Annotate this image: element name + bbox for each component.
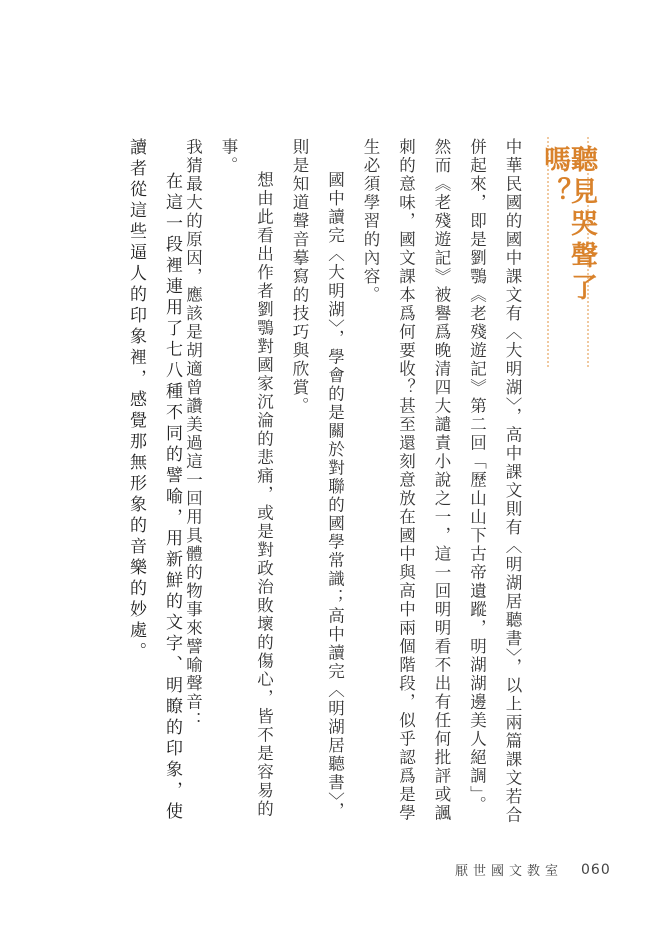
paragraph-4: 想由此看出作者劉鶚對國家沉淪的悲痛，或是對政治敗壞的傷心，皆不是容易的事。 (211, 138, 282, 838)
paragraph-3: 國中讀完〈大明湖〉，學會的是關於對聯的國學常識；高中讀完〈明湖居聽書〉，則是知道… (282, 138, 353, 838)
block-quote: 在這一段裡連用了七八種不同的譬喻，用新鮮的文字、明瞭的印象，使讀者從這些逼人的印… (118, 138, 190, 838)
chapter-title-box: 聽見哭聲了嗎？ (547, 137, 589, 367)
book-title: 厭世國文教室 (455, 860, 563, 879)
paragraph-2: 然而《老殘遊記》被譽爲晚清四大譴責小說之一，這一回明明看不出有任何批評或諷刺的意… (353, 138, 460, 838)
page-footer: 厭世國文教室 060 (455, 860, 611, 879)
page-number: 060 (581, 862, 611, 878)
body-text: 中華民國的國中課文有〈大明湖〉，高中課文則有〈明湖居聽書〉，以上兩篇課文若合併起… (175, 138, 530, 838)
paragraph-1: 中華民國的國中課文有〈大明湖〉，高中課文則有〈明湖居聽書〉，以上兩篇課文若合併起… (459, 138, 530, 838)
quote-paragraph: 在這一段裡連用了七八種不同的譬喻，用新鮮的文字、明瞭的印象，使讀者從這些逼人的印… (118, 138, 190, 838)
book-page: 聽見哭聲了嗎？ 中華民國的國中課文有〈大明湖〉，高中課文則有〈明湖居聽書〉，以上… (0, 0, 663, 932)
chapter-title: 聽見哭聲了嗎？ (541, 145, 595, 367)
